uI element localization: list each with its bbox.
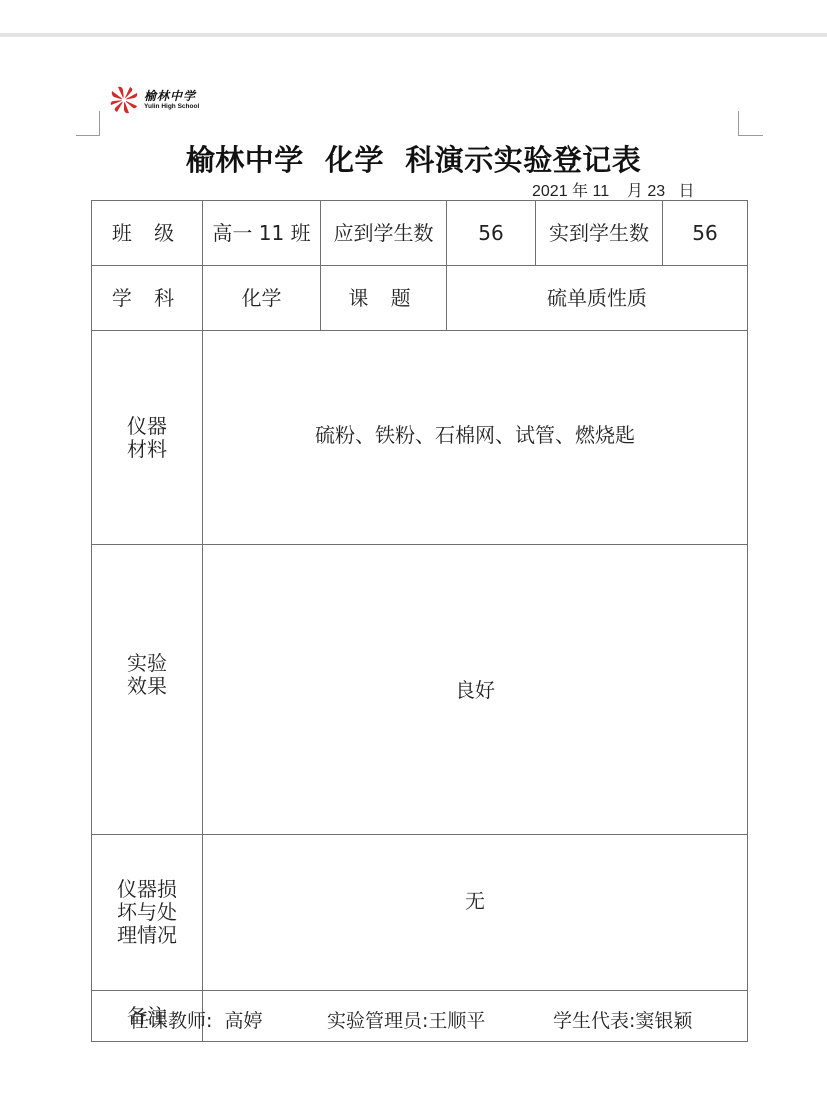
teacher-name: 高婷	[225, 1006, 263, 1033]
actual-students-label: 实到学生数	[536, 201, 663, 266]
school-name-cn: 榆林中学	[144, 90, 199, 102]
equipment-label: 仪器材料	[92, 331, 203, 545]
student-label: 学生代表:	[553, 1006, 635, 1033]
page-title: 榆林中学 化学 科演示实验登记表	[0, 138, 827, 179]
school-logo: 榆林中学 Yulin High School	[108, 85, 199, 115]
result-value: 良好	[203, 545, 748, 835]
top-separator-bar	[0, 33, 827, 37]
actual-students-value: 56	[663, 201, 748, 266]
signature-footer: 任课教师: 高婷 实验管理员:王顺平 学生代表:窦银颖	[130, 1006, 692, 1033]
school-emblem-icon	[108, 85, 140, 115]
damage-label: 仪器损坏与处理情况	[92, 835, 203, 991]
date-month-unit: 月	[627, 183, 643, 200]
date-day-unit: 日	[679, 183, 695, 200]
topic-value: 硫单质性质	[447, 266, 748, 331]
teacher-signature: 任课教师: 高婷	[130, 1006, 327, 1033]
table-row: 学 科 化学 课 题 硫单质性质	[92, 266, 748, 331]
class-value: 高一 11 班	[203, 201, 321, 266]
student-signature: 学生代表:窦银颖	[553, 1006, 692, 1033]
admin-signature: 实验管理员:王顺平	[327, 1006, 553, 1033]
admin-label: 实验管理员:	[327, 1006, 428, 1033]
class-label: 班 级	[92, 201, 203, 266]
table-row: 班 级 高一 11 班 应到学生数 56 实到学生数 56	[92, 201, 748, 266]
table-row: 仪器损坏与处理情况 无	[92, 835, 748, 991]
equipment-value: 硫粉、铁粉、石棉网、试管、燃烧匙	[203, 331, 748, 545]
title-school: 榆林中学	[186, 143, 304, 177]
table-row: 仪器材料 硫粉、铁粉、石棉网、试管、燃烧匙	[92, 331, 748, 545]
teacher-label: 任课教师:	[130, 1006, 212, 1033]
page-corner-mark-right	[738, 111, 763, 136]
subject-value: 化学	[203, 266, 321, 331]
experiment-register-table: 班 级 高一 11 班 应到学生数 56 实到学生数 56 学 科 化学 课 题…	[91, 200, 748, 1042]
page-corner-mark-left	[76, 111, 100, 136]
date-day: 23	[647, 183, 665, 200]
subject-label: 学 科	[92, 266, 203, 331]
result-label: 实验效果	[92, 545, 203, 835]
expected-students-value: 56	[447, 201, 536, 266]
date-year: 2021	[532, 183, 568, 200]
table-row: 实验效果 良好	[92, 545, 748, 835]
student-name: 窦银颖	[635, 1006, 692, 1033]
expected-students-label: 应到学生数	[321, 201, 447, 266]
damage-value: 无	[203, 835, 748, 991]
topic-label: 课 题	[321, 266, 447, 331]
admin-name: 王顺平	[428, 1006, 485, 1033]
title-rest: 科演示实验登记表	[405, 143, 641, 177]
date-year-unit: 年	[572, 183, 588, 200]
date-month: 11	[593, 183, 610, 200]
school-name-en: Yulin High School	[144, 104, 199, 111]
title-subject: 化学	[325, 143, 384, 177]
record-date: 2021 年 11 月 23 日	[532, 178, 695, 201]
